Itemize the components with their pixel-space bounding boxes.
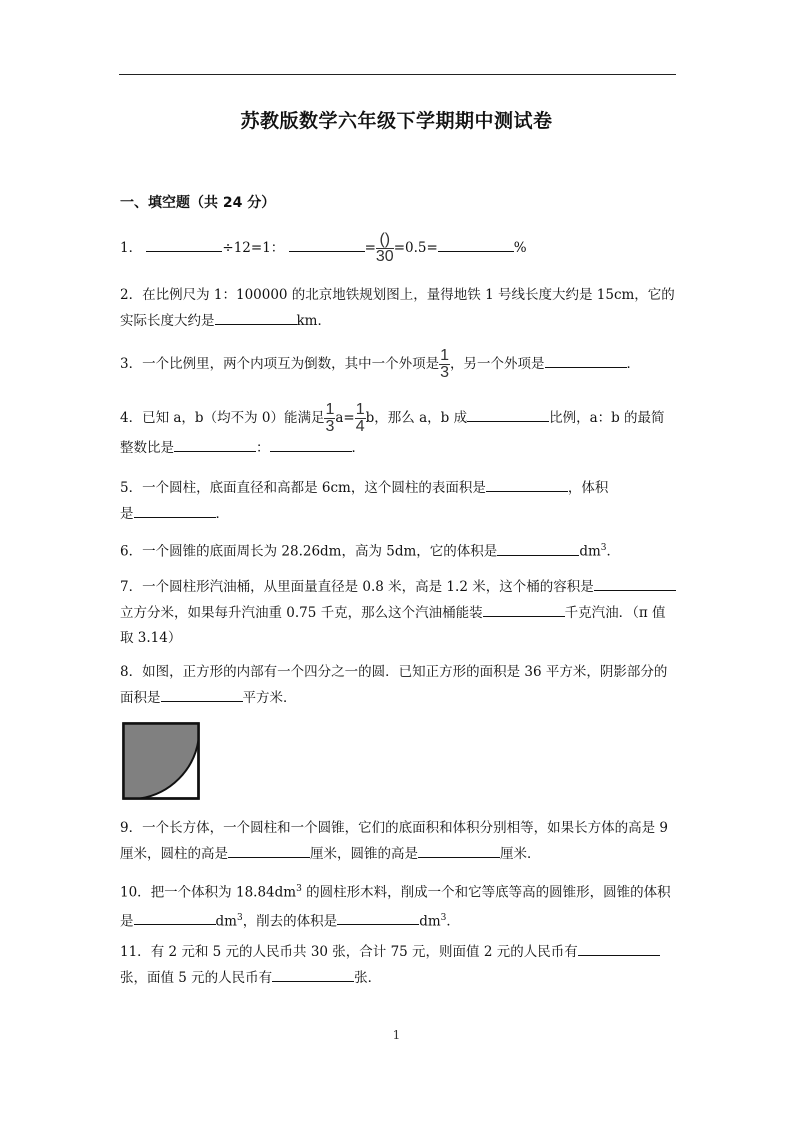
section-heading: 一、填空题（共 24 分） [120, 192, 275, 212]
answer-blank[interactable] [272, 965, 354, 982]
fraction-denominator: 3 [324, 419, 335, 435]
answer-blank[interactable] [270, 435, 352, 452]
text: 厘米． [500, 846, 541, 862]
question-5: 5．一个圆柱，底面直径和高都是 6cm，这个圆柱的表面积是，体积是． [120, 475, 676, 527]
text: dm [419, 913, 440, 929]
answer-blank[interactable] [497, 539, 579, 556]
fraction: 13 [439, 348, 450, 381]
answer-blank[interactable] [545, 351, 627, 368]
question-6: 6．一个圆锥的底面周长为 28.26dm，高为 5dm，它的体积是dm3． [120, 536, 676, 565]
text: 在比例尺为 1：100000 的北京地铁规划图上，量得地铁 1 号线长度大约是 … [120, 287, 675, 329]
answer-blank[interactable] [438, 235, 514, 252]
answer-blank[interactable] [486, 475, 568, 492]
text: 把一个体积为 18.84dm [151, 885, 296, 901]
question-9: 9．一个长方体，一个圆柱和一个圆锥，它们的底面积和体积分别相等，如果长方体的高是… [120, 816, 676, 867]
text: ． [607, 544, 621, 560]
question-number: 5． [120, 480, 142, 496]
fraction-numerator: 1 [439, 348, 450, 365]
question-number: 8． [120, 664, 142, 680]
text: % [514, 240, 527, 256]
text: = [365, 240, 376, 256]
question-4: 4．已知 a，b（均不为 0）能满足13a=14b，那么 a，b 成比例，a：b… [120, 402, 676, 461]
text: 张． [354, 970, 381, 986]
text: 平方米． [243, 690, 297, 706]
question-7: 7．一个圆柱形汽油桶，从里面量直径是 0.8 米，高是 1.2 米，这个桶的容积… [120, 574, 676, 651]
fraction-denominator: 4 [355, 419, 366, 435]
square-quarter-circle-figure [122, 722, 200, 800]
question-1: 1． ÷12=1： =()30=0.5=% [120, 232, 676, 265]
question-number: 1． [120, 240, 142, 256]
text: ． [627, 356, 641, 372]
question-number: 7． [120, 579, 142, 595]
answer-blank[interactable] [174, 435, 256, 452]
answer-blank[interactable] [337, 908, 419, 925]
header-rule [119, 74, 676, 75]
fraction-numerator: () [376, 232, 394, 249]
text: ，削去的体积是 [243, 913, 338, 929]
fraction-denominator: 3 [439, 365, 450, 381]
answer-blank[interactable] [483, 600, 565, 617]
fraction: ()30 [376, 232, 394, 265]
answer-blank[interactable] [215, 308, 297, 325]
fraction-denominator: 30 [376, 249, 394, 265]
text: a= [335, 410, 354, 426]
text: km． [297, 313, 331, 329]
fraction-numerator: 1 [355, 402, 366, 419]
question-number: 4． [120, 410, 142, 426]
text: 一个圆柱形汽油桶，从里面量直径是 0.8 米，高是 1.2 米，这个桶的容积是 [142, 579, 594, 595]
answer-blank[interactable] [161, 685, 243, 702]
text: 一个圆锥的底面周长为 28.26dm，高为 5dm，它的体积是 [142, 544, 497, 560]
question-number: 11． [120, 944, 151, 960]
answer-blank[interactable] [134, 908, 216, 925]
answer-blank[interactable] [146, 235, 222, 252]
question-number: 2． [120, 287, 142, 303]
page-number: 1 [0, 1028, 793, 1042]
text: dm [579, 544, 600, 560]
answer-blank[interactable] [418, 841, 500, 858]
text: b，那么 a，b 成 [366, 410, 467, 426]
fraction: 13 [324, 402, 335, 435]
answer-blank[interactable] [228, 841, 310, 858]
text: dm [216, 913, 237, 929]
answer-blank[interactable] [467, 405, 549, 422]
text: 立方分米，如果每升汽油重 0.75 千克，那么这个汽油桶能装 [120, 605, 483, 621]
page-title: 苏教版数学六年级下学期期中测试卷 [0, 106, 793, 133]
text: ： [256, 440, 270, 456]
text: ． [216, 506, 230, 522]
text: 厘米，圆锥的高是 [310, 846, 418, 862]
text: ，体积 [568, 480, 609, 496]
question-number: 3． [120, 356, 142, 372]
question-10: 10．把一个体积为 18.84dm3 的圆柱形木料，削成一个和它等底等高的圆锥形… [120, 877, 676, 934]
text: ． [352, 440, 366, 456]
answer-blank[interactable] [578, 939, 660, 956]
text: 已知 a，b（均不为 0）能满足 [142, 410, 324, 426]
text: 一个比例里，两个内项互为倒数，其中一个外项是 [142, 356, 439, 372]
text: ． [446, 913, 460, 929]
answer-blank[interactable] [134, 501, 216, 518]
answer-blank[interactable] [594, 574, 676, 591]
question-number: 6． [120, 544, 142, 560]
text: =0.5= [394, 240, 438, 256]
fraction-numerator: 1 [324, 402, 335, 419]
text: ，另一个外项是 [450, 356, 545, 372]
question-number: 10． [120, 885, 151, 901]
text: 是 [120, 506, 134, 522]
question-11: 11．有 2 元和 5 元的人民币共 30 张，合计 75 元，则面值 2 元的… [120, 939, 676, 991]
fraction: 14 [355, 402, 366, 435]
question-2: 2．在比例尺为 1：100000 的北京地铁规划图上，量得地铁 1 号线长度大约… [120, 283, 676, 334]
text: 有 2 元和 5 元的人民币共 30 张，合计 75 元，则面值 2 元的人民币… [151, 944, 578, 960]
text: ÷12=1： [222, 240, 284, 256]
answer-blank[interactable] [289, 235, 365, 252]
question-8: 8．如图，正方形的内部有一个四分之一的圆．已知正方形的面积是 36 平方米，阴影… [120, 660, 676, 711]
question-number: 9． [120, 820, 142, 836]
question-3: 3．一个比例里，两个内项互为倒数，其中一个外项是13，另一个外项是． [120, 348, 676, 381]
text: 一个圆柱，底面直径和高都是 6cm，这个圆柱的表面积是 [142, 480, 486, 496]
text: 张，面值 5 元的人民币有 [120, 970, 272, 986]
